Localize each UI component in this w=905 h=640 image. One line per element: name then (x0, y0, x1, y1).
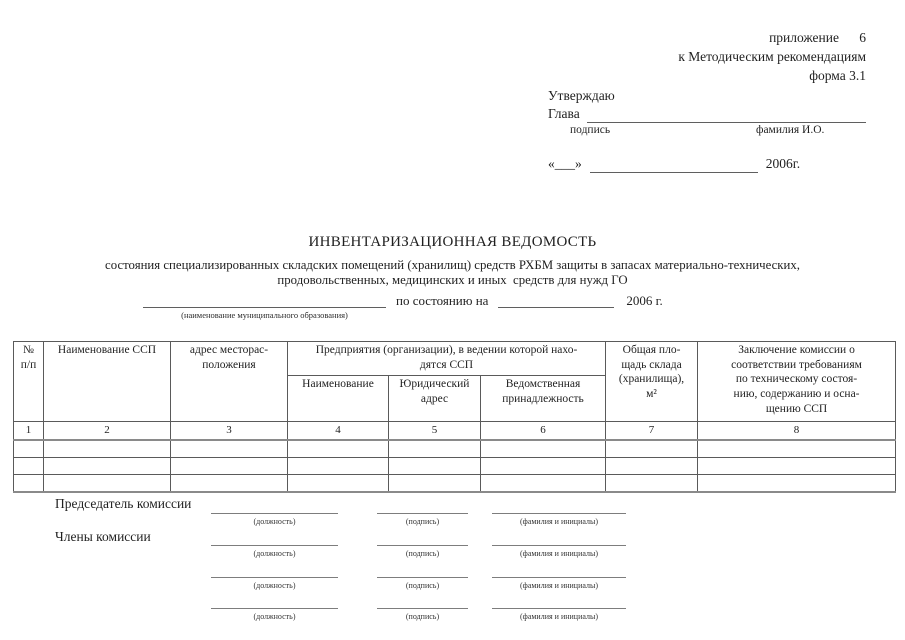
col-header-num: № п/п (14, 342, 44, 422)
empty-cell (288, 440, 389, 458)
signature-line (211, 577, 338, 578)
column-number-row: 1 2 3 4 5 6 7 8 (14, 422, 896, 441)
head-row: Глава (548, 105, 866, 123)
sign-caption: (подпись) (377, 549, 468, 558)
empty-cell (288, 458, 389, 475)
title-block: ИНВЕНТАРИЗАЦИОННАЯ ВЕДОМОСТЬ состояния с… (0, 234, 905, 288)
name-field: (фамилия и инициалы) (492, 608, 626, 621)
col-header-org-group: Предприятия (организации), в ведении кот… (288, 342, 606, 376)
empty-cell (14, 475, 44, 493)
sign-field: (подпись) (377, 513, 468, 526)
empty-cell (481, 440, 606, 458)
empty-cell (606, 475, 698, 493)
appendix-line: приложение 6 (678, 28, 866, 47)
empty-cell (606, 440, 698, 458)
table-row (14, 440, 896, 458)
date-blank-line (590, 157, 758, 173)
scanned-form-page: приложение 6 к Методическим рекомендация… (0, 0, 905, 640)
empty-cell (389, 458, 481, 475)
signature-line (211, 513, 338, 514)
municipality-blank-line (143, 292, 386, 308)
position-field: (должность) (211, 545, 338, 558)
signature-line (492, 513, 626, 514)
col-header-org-address: Юридический адрес (389, 376, 481, 422)
position-caption: (должность) (211, 517, 338, 526)
col-number: 3 (171, 422, 288, 441)
empty-cell (481, 458, 606, 475)
name-caption: (фамилия и инициалы) (492, 581, 626, 590)
name-caption: (фамилия и инициалы) (492, 612, 626, 621)
col-number: 1 (14, 422, 44, 441)
inventory-table: № п/п Наименование ССП адрес месторас- п… (13, 341, 896, 493)
subtitle-line-2: продовольственных, медицинских и иных ср… (0, 273, 905, 288)
empty-cell (481, 475, 606, 493)
empty-cell (171, 440, 288, 458)
col-header-area: Общая пло- щадь склада (хранилища), м² (606, 342, 698, 422)
chairman-label: Председатель комиссии (55, 496, 191, 512)
empty-cell (171, 458, 288, 475)
table-row (14, 475, 896, 493)
sign-caption: (подпись) (377, 612, 468, 621)
date-blank-line-2 (498, 292, 614, 308)
empty-cell (606, 458, 698, 475)
empty-cell (44, 475, 171, 493)
as-of-row: по состоянию на 2006 г. (143, 292, 663, 308)
signature-row: (должность) (подпись) (фамилия и инициал… (0, 577, 905, 603)
signature-caption: подпись (570, 124, 610, 136)
signature-line (492, 545, 626, 546)
head-signature-line (587, 107, 866, 123)
signature-row: (должность) (подпись) (фамилия и инициал… (0, 513, 905, 539)
col-number: 6 (481, 422, 606, 441)
position-field: (должность) (211, 608, 338, 621)
col-number: 2 (44, 422, 171, 441)
empty-cell (171, 475, 288, 493)
col-number: 5 (389, 422, 481, 441)
approval-block: Утверждаю Глава подпись фамилия И.О. «__… (548, 87, 866, 173)
position-field: (должность) (211, 513, 338, 526)
caption-row: подпись фамилия И.О. (548, 123, 866, 138)
col-header-name: Наименование ССП (44, 342, 171, 422)
municipality-caption: (наименование муниципального образования… (143, 310, 386, 320)
signature-row: (должность) (подпись) (фамилия и инициал… (0, 608, 905, 634)
name-caption: (фамилия и инициалы) (492, 549, 626, 558)
empty-cell (288, 475, 389, 493)
form-number-line: форма 3.1 (678, 66, 866, 85)
empty-cell (698, 458, 896, 475)
empty-cell (44, 458, 171, 475)
col-number: 7 (606, 422, 698, 441)
col-header-address: адрес месторас- положения (171, 342, 288, 422)
empty-cell (44, 440, 171, 458)
name-field: (фамилия и инициалы) (492, 545, 626, 558)
as-of-year: 2006 г. (626, 293, 662, 308)
empty-cell (698, 440, 896, 458)
position-caption: (должность) (211, 549, 338, 558)
col-number: 4 (288, 422, 389, 441)
sign-caption: (подпись) (377, 517, 468, 526)
empty-cell (14, 458, 44, 475)
date-quotes: «___» (548, 155, 582, 173)
signature-line (377, 577, 468, 578)
corner-block: приложение 6 к Методическим рекомендация… (678, 28, 866, 85)
signature-line (211, 608, 338, 609)
sign-field: (подпись) (377, 577, 468, 590)
name-field: (фамилия и инициалы) (492, 513, 626, 526)
empty-cell (698, 475, 896, 493)
signature-line (492, 608, 626, 609)
name-field: (фамилия и инициалы) (492, 577, 626, 590)
col-header-conclusion: Заключение комиссии о соответствии требо… (698, 342, 896, 422)
signature-line (492, 577, 626, 578)
empty-cell (389, 475, 481, 493)
col-header-org-dept: Ведомственная принадлежность (481, 376, 606, 422)
sign-field: (подпись) (377, 545, 468, 558)
date-year: 2006г. (766, 155, 800, 173)
position-caption: (должность) (211, 612, 338, 621)
sign-field: (подпись) (377, 608, 468, 621)
name-caption: (фамилия и инициалы) (492, 517, 626, 526)
head-label: Глава (548, 105, 580, 123)
position-field: (должность) (211, 577, 338, 590)
signature-line (377, 608, 468, 609)
signature-line (377, 513, 468, 514)
approve-label: Утверждаю (548, 87, 866, 105)
signature-row: (должность) (подпись) (фамилия и инициал… (0, 545, 905, 571)
position-caption: (должность) (211, 581, 338, 590)
surname-caption: фамилия И.О. (756, 124, 824, 136)
col-header-org-name: Наименование (288, 376, 389, 422)
recommendations-line: к Методическим рекомендациям (678, 47, 866, 66)
date-row: «___» 2006г. (548, 155, 866, 173)
signature-line (211, 545, 338, 546)
signature-line (377, 545, 468, 546)
empty-cell (389, 440, 481, 458)
as-of-label: по состоянию на (396, 293, 488, 308)
document-title: ИНВЕНТАРИЗАЦИОННАЯ ВЕДОМОСТЬ (0, 234, 905, 251)
col-number: 8 (698, 422, 896, 441)
sign-caption: (подпись) (377, 581, 468, 590)
empty-cell (14, 440, 44, 458)
table-row (14, 458, 896, 475)
subtitle-line-1: состояния специализированных складских п… (0, 258, 905, 273)
